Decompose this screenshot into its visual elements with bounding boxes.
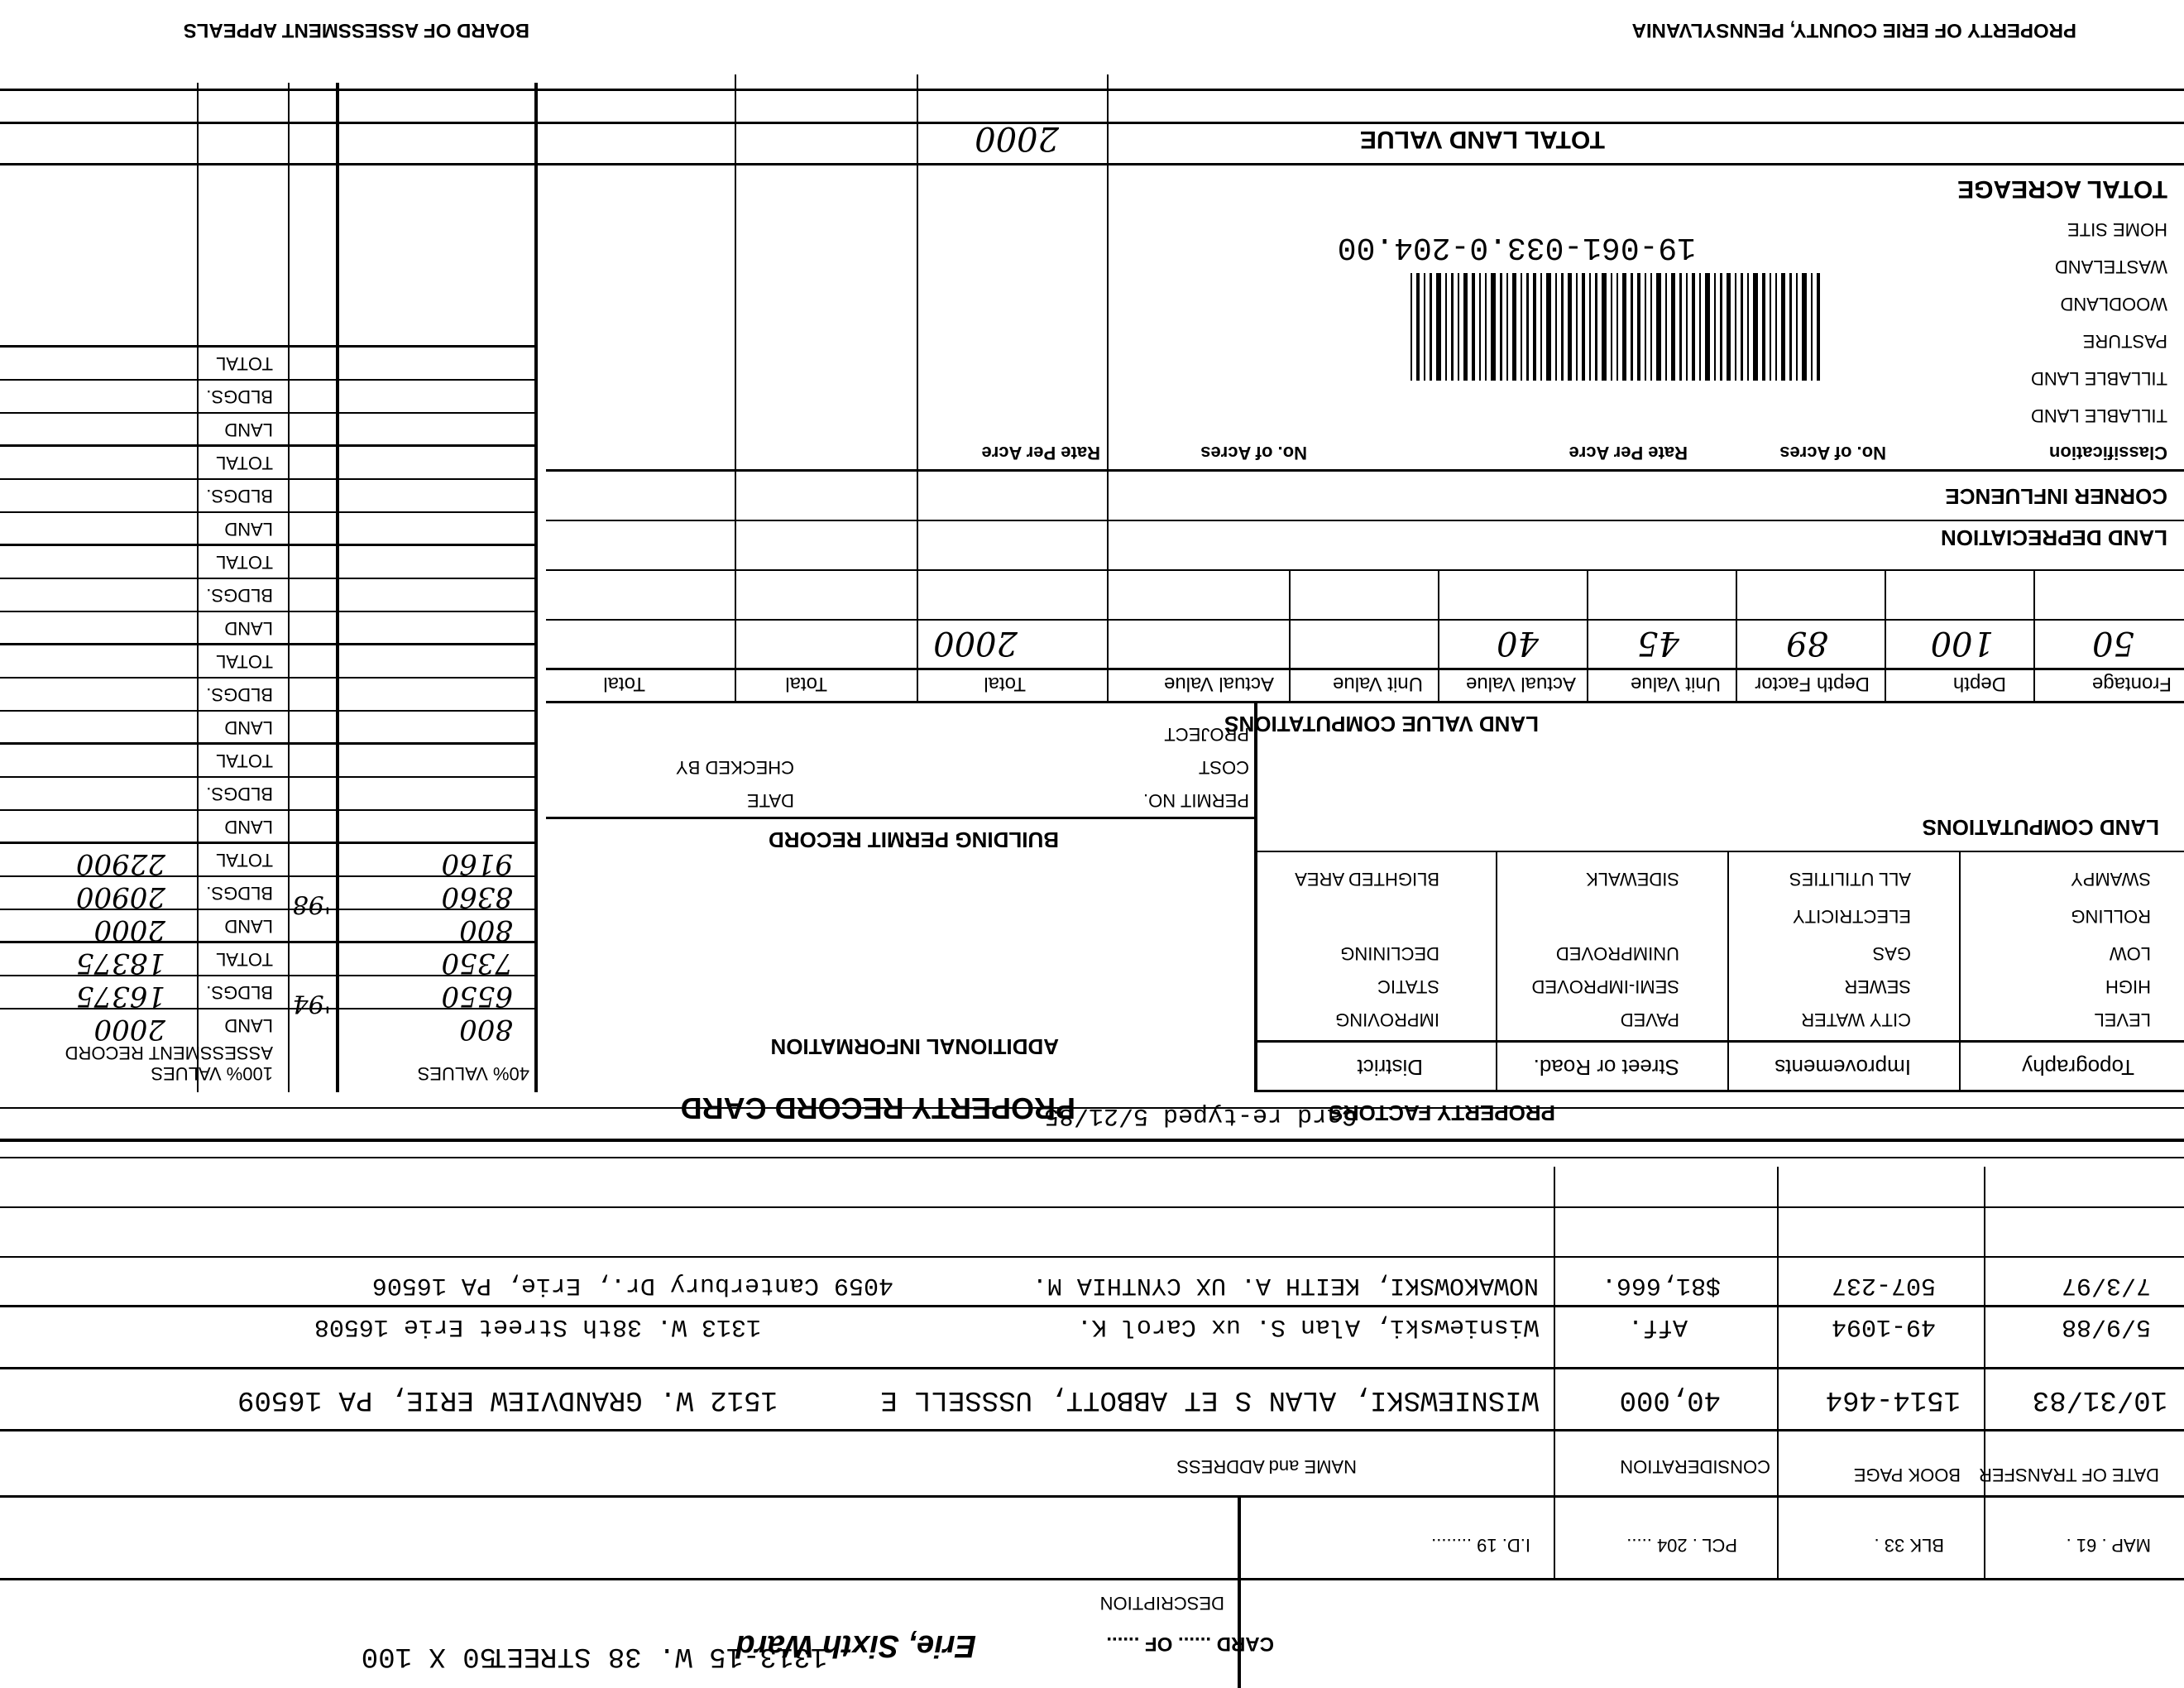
assessment-row-label: TOTAL: [216, 849, 273, 870]
assessment-40-value: 800: [459, 1013, 513, 1046]
total-header: Total: [984, 672, 1026, 695]
transfer-date-header: DATE OF TRANSFER: [1994, 1464, 2159, 1485]
divider: [917, 74, 918, 703]
corner-influence-label: CORNER INFLUENCE: [1945, 483, 2167, 509]
district-static: STATIC: [1377, 976, 1439, 997]
transfer-date: 5/9/88: [2062, 1312, 2151, 1340]
divider: [0, 776, 538, 778]
transfer-name: WISNIEWSKI, ALAN S ET ABBOTT, USSSELL E: [880, 1383, 1539, 1415]
hundred-pct-header: 100% VALUES: [151, 1062, 273, 1084]
barcode-icon: [1158, 273, 1820, 381]
total-header-3: Total: [603, 672, 645, 695]
topo-swampy: SWAMPY: [2071, 868, 2151, 890]
assessment-100-value: 20900: [76, 880, 165, 914]
frontage-header: Frontage: [2092, 672, 2172, 695]
divider: [0, 677, 538, 679]
divider: [0, 1429, 2184, 1431]
unit-value-header: Unit Value: [1631, 672, 1721, 695]
consideration-header: CONSIDERATION: [1620, 1455, 1770, 1477]
divider: [0, 809, 538, 811]
assessment-row-label: BLDGS.: [206, 485, 273, 506]
assessment-row-label: LAND: [224, 717, 273, 738]
divider: [2033, 571, 2035, 703]
divider: [1289, 571, 1291, 703]
transfer-consideration: 40,000: [1620, 1383, 1721, 1415]
description-label: DESCRIPTION: [1100, 1592, 1224, 1614]
barcode-text: 19-061-033.0-204.00: [1338, 229, 1696, 265]
divider: [1587, 571, 1588, 703]
topography-header: Topography: [2022, 1054, 2134, 1080]
acreage-row: TILLABLE LAND: [2031, 367, 2167, 389]
depth-header: Depth: [1953, 672, 2006, 695]
transfer-consideration: $81,666.: [1602, 1271, 1721, 1299]
classification-header: Classification: [2049, 442, 2167, 463]
total-header-2: Total: [785, 672, 827, 695]
land-depreciation-label: LAND DEPRECIATION: [1941, 525, 2167, 550]
book-page-header: BOOK PAGE: [1854, 1464, 1961, 1485]
divider: [1496, 852, 1497, 1092]
assessment-row-label: BLDGS.: [206, 683, 273, 705]
card-label: CARD ...... OF ......: [1106, 1632, 1274, 1655]
property-dimensions: 50 X 100: [362, 1640, 496, 1671]
transfer-consideration: Aff.: [1628, 1312, 1688, 1340]
divider: [546, 520, 2184, 521]
imp-city-water: CITY WATER: [1801, 1009, 1911, 1030]
building-permit-title: BUILDING PERMIT RECORD: [769, 827, 1059, 852]
divider: [0, 412, 538, 414]
transfer-name: NOWAKOWSKI, KEITH A. UX CYNTHIA M.: [1032, 1271, 1539, 1299]
divider: [0, 710, 538, 712]
assessment-table: 800LAND20006550BLDGS.163757350TOTAL18375…: [0, 83, 538, 1043]
transfer-date: 10/31/83: [2033, 1383, 2167, 1415]
date-label: DATE: [747, 789, 794, 811]
property-record-card: CARD ...... OF ...... Erie, Sixth Ward 1…: [0, 0, 2184, 1688]
assessment-row-label: TOTAL: [216, 452, 273, 473]
transfer-address: 1313 W. 38th Street Erie 16508: [314, 1312, 761, 1340]
divider: [1257, 1090, 2184, 1092]
divider: [546, 817, 1257, 819]
rate-header-2: Rate Per Acre: [982, 442, 1100, 463]
divider: [0, 478, 538, 480]
assessment-row-label: LAND: [224, 1014, 273, 1036]
divider: [0, 345, 538, 348]
additional-info-title: ADDITIONAL INFORMATION: [770, 1033, 1059, 1059]
actual-value-header: Actual Value: [1466, 672, 1576, 695]
transfer-address: 1512 W. GRANDVIEW ERIE, PA 16509: [237, 1383, 778, 1415]
district-declining: DECLINING: [1340, 942, 1439, 964]
divider: [0, 444, 538, 447]
divider: [0, 544, 538, 546]
topo-rolling: ROLLING: [2071, 905, 2151, 927]
assessment-row-label: TOTAL: [216, 352, 273, 374]
assessment-row-label: BLDGS.: [206, 981, 273, 1003]
divider: [0, 1139, 2184, 1142]
divider: [546, 701, 2184, 703]
district-header: District: [1358, 1054, 1423, 1080]
divider: [1984, 1167, 1985, 1580]
street-unimproved: UNIMPROVED: [1556, 942, 1679, 964]
transfer-book-page: 507-237: [1832, 1271, 1936, 1299]
board-line: BOARD OF ASSESSMENT APPEALS: [184, 18, 529, 41]
divider: [0, 379, 538, 381]
divider: [0, 1157, 2184, 1158]
assessment-row-label: LAND: [224, 617, 273, 639]
total-land-value: 2000: [975, 119, 1059, 157]
property-address: 1313-15 W. 38 STREET: [490, 1640, 827, 1671]
id-field: I.D. 19 ........: [1431, 1534, 1530, 1556]
unit-value-header-2: Unit Value: [1333, 672, 1423, 695]
imp-gas: GAS: [1873, 942, 1911, 964]
divider: [1554, 1167, 1555, 1580]
divider: [0, 611, 538, 612]
acreage-row: WASTELAND: [2055, 256, 2167, 277]
divider: [0, 1367, 2184, 1369]
cost-label: COST: [1199, 756, 1249, 778]
assessment-year: '94: [293, 989, 331, 1018]
divider: [735, 74, 736, 703]
divider: [1107, 74, 1109, 703]
assessment-row-label: TOTAL: [216, 551, 273, 573]
imp-electricity: ELECTRICITY: [1793, 905, 1911, 927]
rate-header: Rate Per Acre: [1569, 442, 1688, 463]
frontage-value: 50: [2092, 624, 2134, 662]
acreage-row: HOME SITE: [2067, 218, 2167, 240]
divider: [0, 511, 538, 513]
divider: [0, 1578, 2184, 1580]
land-computations-title: LAND COMPUTATIONS: [1923, 814, 2159, 840]
topo-level: LEVEL: [2095, 1009, 2152, 1030]
transfer-name: Wisniewski, Alan S. ux Carol K.: [1077, 1312, 1539, 1340]
permit-no-label: PERMIT NO.: [1143, 789, 1249, 811]
divider: [1257, 851, 2184, 852]
improvements-header: Improvements: [1774, 1054, 1911, 1080]
divider: [1885, 571, 1886, 703]
imp-sewer: SEWER: [1844, 976, 1911, 997]
divider: [1238, 1498, 1241, 1688]
retyped-note: Card re-typed 5/21/85: [1044, 1101, 1357, 1129]
divider: [1254, 703, 1257, 1092]
street-paved: PAVED: [1621, 1009, 1679, 1030]
transfer-book-page: 49-1094: [1832, 1312, 1936, 1340]
divider: [0, 742, 538, 745]
district-improving: IMPROVING: [1335, 1009, 1439, 1030]
acreage-row: PASTURE: [2083, 330, 2167, 352]
total-acreage-label: TOTAL ACREAGE: [1957, 175, 2167, 203]
assessment-row-label: BLDGS.: [206, 584, 273, 606]
total-land-value-label: TOTAL LAND VALUE: [1360, 125, 1605, 153]
divider: [1959, 852, 1961, 1092]
name-address-header: NAME and ADDRESS: [1176, 1455, 1357, 1477]
assessment-40-value: 800: [459, 914, 513, 947]
assessment-40-value: 6550: [441, 980, 513, 1013]
assessment-row-label: TOTAL: [216, 948, 273, 970]
total-value: 2000: [933, 624, 1018, 662]
divider: [1736, 571, 1737, 703]
map-field: MAP . 61 .: [2067, 1534, 2151, 1556]
assessment-row-label: LAND: [224, 915, 273, 937]
property-factors-title: PROPERTY FACTORS: [1329, 1100, 1555, 1125]
street-semi-improved: SEMI-IMPROVED: [1532, 976, 1679, 997]
topo-low: LOW: [2110, 942, 2151, 964]
land-value-computations-title: LAND VALUE COMPUTATIONS: [1224, 711, 1539, 736]
assessment-row-label: LAND: [224, 816, 273, 837]
transfer-date: 7/3/97: [2062, 1271, 2151, 1299]
unit-value: 45: [1637, 624, 1679, 662]
divider: [0, 1495, 2184, 1498]
acreage-row: WOODLAND: [2060, 293, 2167, 314]
district-blighted: BLIGHTED AREA: [1295, 868, 1439, 890]
divider: [546, 569, 2184, 571]
pcl-field: PCL . 204 .....: [1626, 1534, 1737, 1556]
topo-high: HIGH: [2105, 976, 2151, 997]
barcode-block: 19-061-033.0-204.00: [1125, 223, 1828, 389]
acres-header: No. of Acres: [1779, 442, 1886, 463]
imp-all-utilities: ALL UTILITIES: [1789, 868, 1911, 890]
depth-factor-header: Depth Factor: [1755, 672, 1870, 695]
assessment-40-value: 7350: [441, 947, 513, 980]
assessment-row-label: LAND: [224, 518, 273, 539]
divider: [0, 842, 538, 844]
assessment-row-label: TOTAL: [216, 750, 273, 771]
acres-header-2: No. of Acres: [1200, 442, 1307, 463]
depth-factor-value: 89: [1786, 624, 1828, 662]
assessment-row-label: BLDGS.: [206, 882, 273, 904]
divider: [0, 1305, 2184, 1307]
checked-by-label: CHECKED BY: [676, 756, 794, 778]
street-sidewalk: SIDEWALK: [1586, 868, 1679, 890]
assessment-100-value: 2000: [93, 914, 165, 947]
assessment-100-value: 16375: [76, 980, 165, 1013]
assessment-row-label: BLDGS.: [206, 386, 273, 407]
divider: [1777, 1167, 1779, 1580]
assessment-40-value: 9160: [441, 847, 513, 880]
divider: [0, 643, 538, 645]
assessment-100-value: 2000: [93, 1013, 165, 1046]
divider: [0, 578, 538, 579]
divider: [546, 619, 2184, 621]
card-title: PROPERTY RECORD CARD: [681, 1091, 1075, 1125]
divider: [1438, 571, 1439, 703]
transfer-book-page: 1514-464: [1826, 1383, 1961, 1415]
divider: [1257, 1040, 2184, 1043]
assessment-row-label: BLDGS.: [206, 783, 273, 804]
actual-value: 40: [1497, 624, 1539, 662]
assessment-100-value: 22900: [76, 847, 165, 880]
actual-value-header-2: Actual Value: [1164, 672, 1274, 695]
assessment-year: '98: [293, 890, 331, 918]
acreage-row: TILLABLE LAND: [2031, 405, 2167, 426]
divider: [546, 469, 2184, 472]
owner-line: PROPERTY OF ERIE COUNTY, PENNSYLVANIA: [1632, 18, 2076, 41]
divider: [0, 1206, 2184, 1208]
blk-field: BLK 33 .: [1875, 1534, 1944, 1556]
assessment-40-value: 8360: [441, 880, 513, 914]
divider: [0, 1256, 2184, 1258]
forty-pct-header: 40% VALUES: [418, 1062, 529, 1084]
assessment-100-value: 18375: [76, 947, 165, 980]
divider: [0, 941, 538, 943]
assessment-row-label: TOTAL: [216, 650, 273, 672]
depth-value: 100: [1931, 624, 1994, 662]
assessment-row-label: LAND: [224, 419, 273, 440]
transfer-address: 4059 Canterbury Dr., Erie, PA 16506: [372, 1271, 893, 1299]
divider: [546, 668, 2184, 670]
street-header: Street or Road.: [1534, 1054, 1679, 1080]
divider: [1727, 852, 1729, 1092]
